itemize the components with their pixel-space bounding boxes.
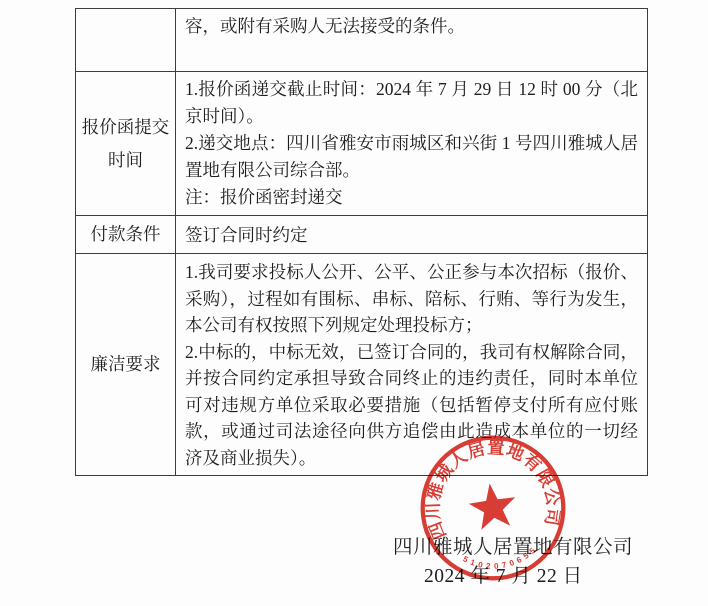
table-label-cell: 报价函提交时间 [76, 72, 176, 216]
table-label-cell: 廉洁要求 [76, 254, 176, 476]
seal-code: 5102070655 [460, 543, 542, 576]
table-content-cell: 1.报价函递交截止时间：2024 年 7 月 29 日 12 时 00 分（北京… [176, 72, 648, 216]
table-row: 报价函提交时间 1.报价函递交截止时间：2024 年 7 月 29 日 12 时… [76, 72, 648, 216]
paragraph: 2.递交地点：四川省雅安市雨城区和兴街 1 号四川雅城人居置地有限公司综合部。 [185, 130, 638, 184]
paragraph: 容，或附有采购人无法接受的条件。 [185, 13, 638, 40]
bid-conditions-table: 容，或附有采购人无法接受的条件。 报价函提交时间 1.报价函递交截止时间：202… [75, 8, 648, 476]
paragraph: 签订合同时约定 [185, 225, 638, 245]
paragraph: 注：报价函密封递交 [185, 184, 638, 211]
table-row: 容，或附有采购人无法接受的条件。 [76, 9, 648, 72]
table-content-cell: 容，或附有采购人无法接受的条件。 [176, 9, 648, 72]
paragraph: 1.报价函递交截止时间：2024 年 7 月 29 日 12 时 00 分（北京… [185, 76, 638, 130]
paragraph: 1.我司要求投标人公开、公平、公正参与本次招标（报价、采购），过程如有围标、串标… [185, 259, 638, 339]
table-label-cell: 付款条件 [76, 216, 176, 254]
table-content-cell: 签订合同时约定 [176, 216, 648, 254]
table-label-cell [76, 9, 176, 72]
document-page: 容，或附有采购人无法接受的条件。 报价函提交时间 1.报价函递交截止时间：202… [0, 0, 708, 606]
table-row: 付款条件 签订合同时约定 [76, 216, 648, 254]
seal-star-icon [466, 480, 519, 531]
table-row: 廉洁要求 1.我司要求投标人公开、公平、公正参与本次招标（报价、采购），过程如有… [76, 254, 648, 476]
company-seal-icon: 四川雅城人居置地有限公司 5102070655 [407, 422, 579, 594]
